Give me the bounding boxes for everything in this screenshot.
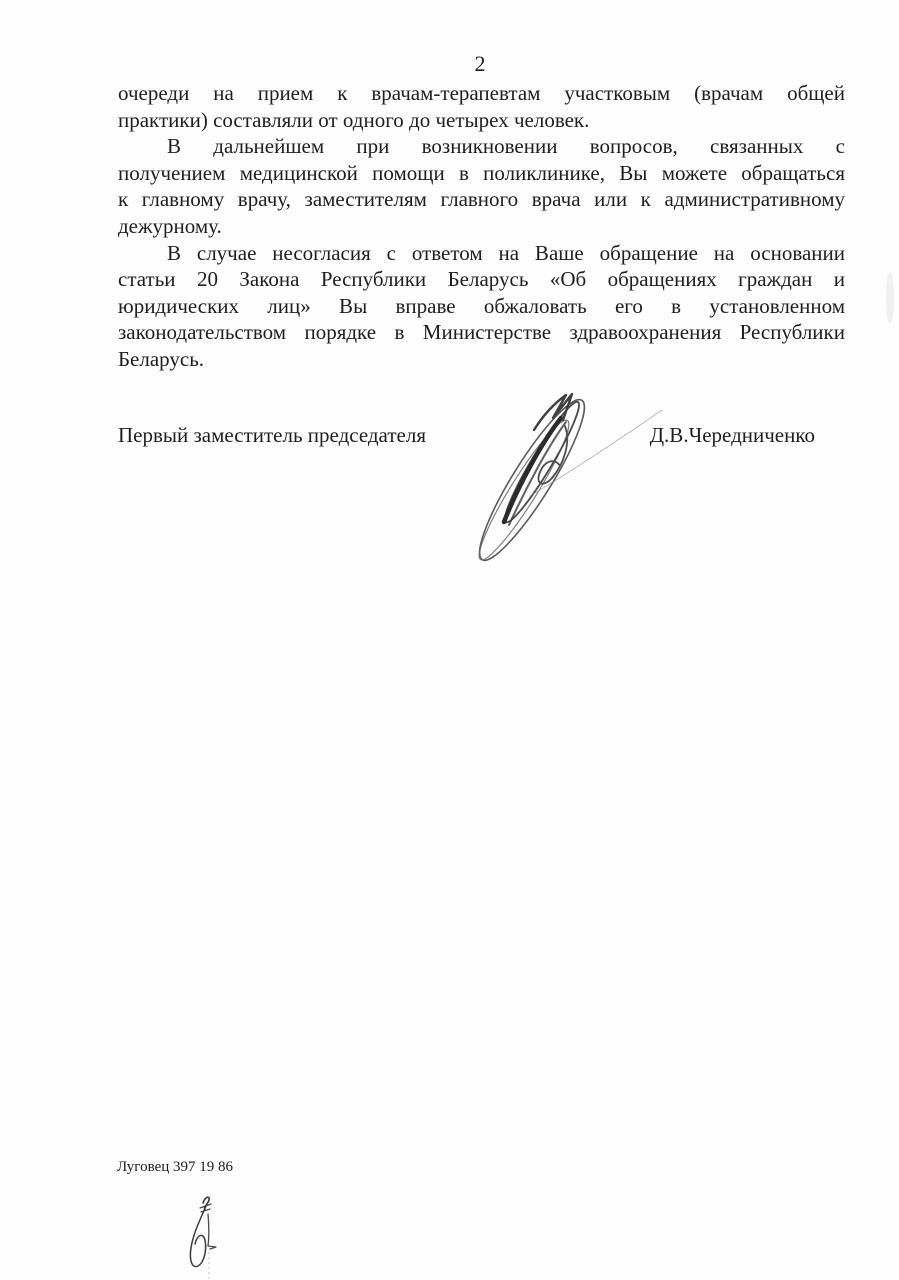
body-line: к главному врачу, заместителям главного …: [118, 186, 845, 213]
body-line: законодательством порядке в Министерстве…: [118, 319, 845, 346]
body-line: статьи 20 Закона Республики Беларусь «Об…: [118, 266, 845, 293]
page-number: 2: [440, 50, 520, 78]
signer-position-title: Первый заместитель председателя: [118, 422, 426, 449]
document-page: 2 очереди на прием к врачам-терапевтам у…: [0, 0, 899, 1280]
executor-note: Луговец 397 19 86: [117, 1157, 233, 1177]
signer-name: Д.В.Чередниченко: [650, 422, 815, 449]
signature-icon: [462, 382, 674, 564]
body-line: Беларусь.: [118, 346, 845, 373]
body-line: практики) составляли от одного до четыре…: [118, 107, 845, 134]
executor-initial-icon: [178, 1194, 230, 1280]
body-line: дежурному.: [118, 213, 845, 240]
body-line: юридических лиц» Вы вправе обжаловать ег…: [118, 293, 845, 320]
scan-smudge: [886, 272, 894, 324]
body-line: В случае несогласия с ответом на Ваше об…: [118, 240, 845, 267]
body-text: очереди на прием к врачам-терапевтам уча…: [118, 80, 845, 373]
body-line: получением медицинской помощи в поликлин…: [118, 160, 845, 187]
body-line: В дальнейшем при возникновении вопросов,…: [118, 133, 845, 160]
body-line: очереди на прием к врачам-терапевтам уча…: [118, 80, 845, 107]
